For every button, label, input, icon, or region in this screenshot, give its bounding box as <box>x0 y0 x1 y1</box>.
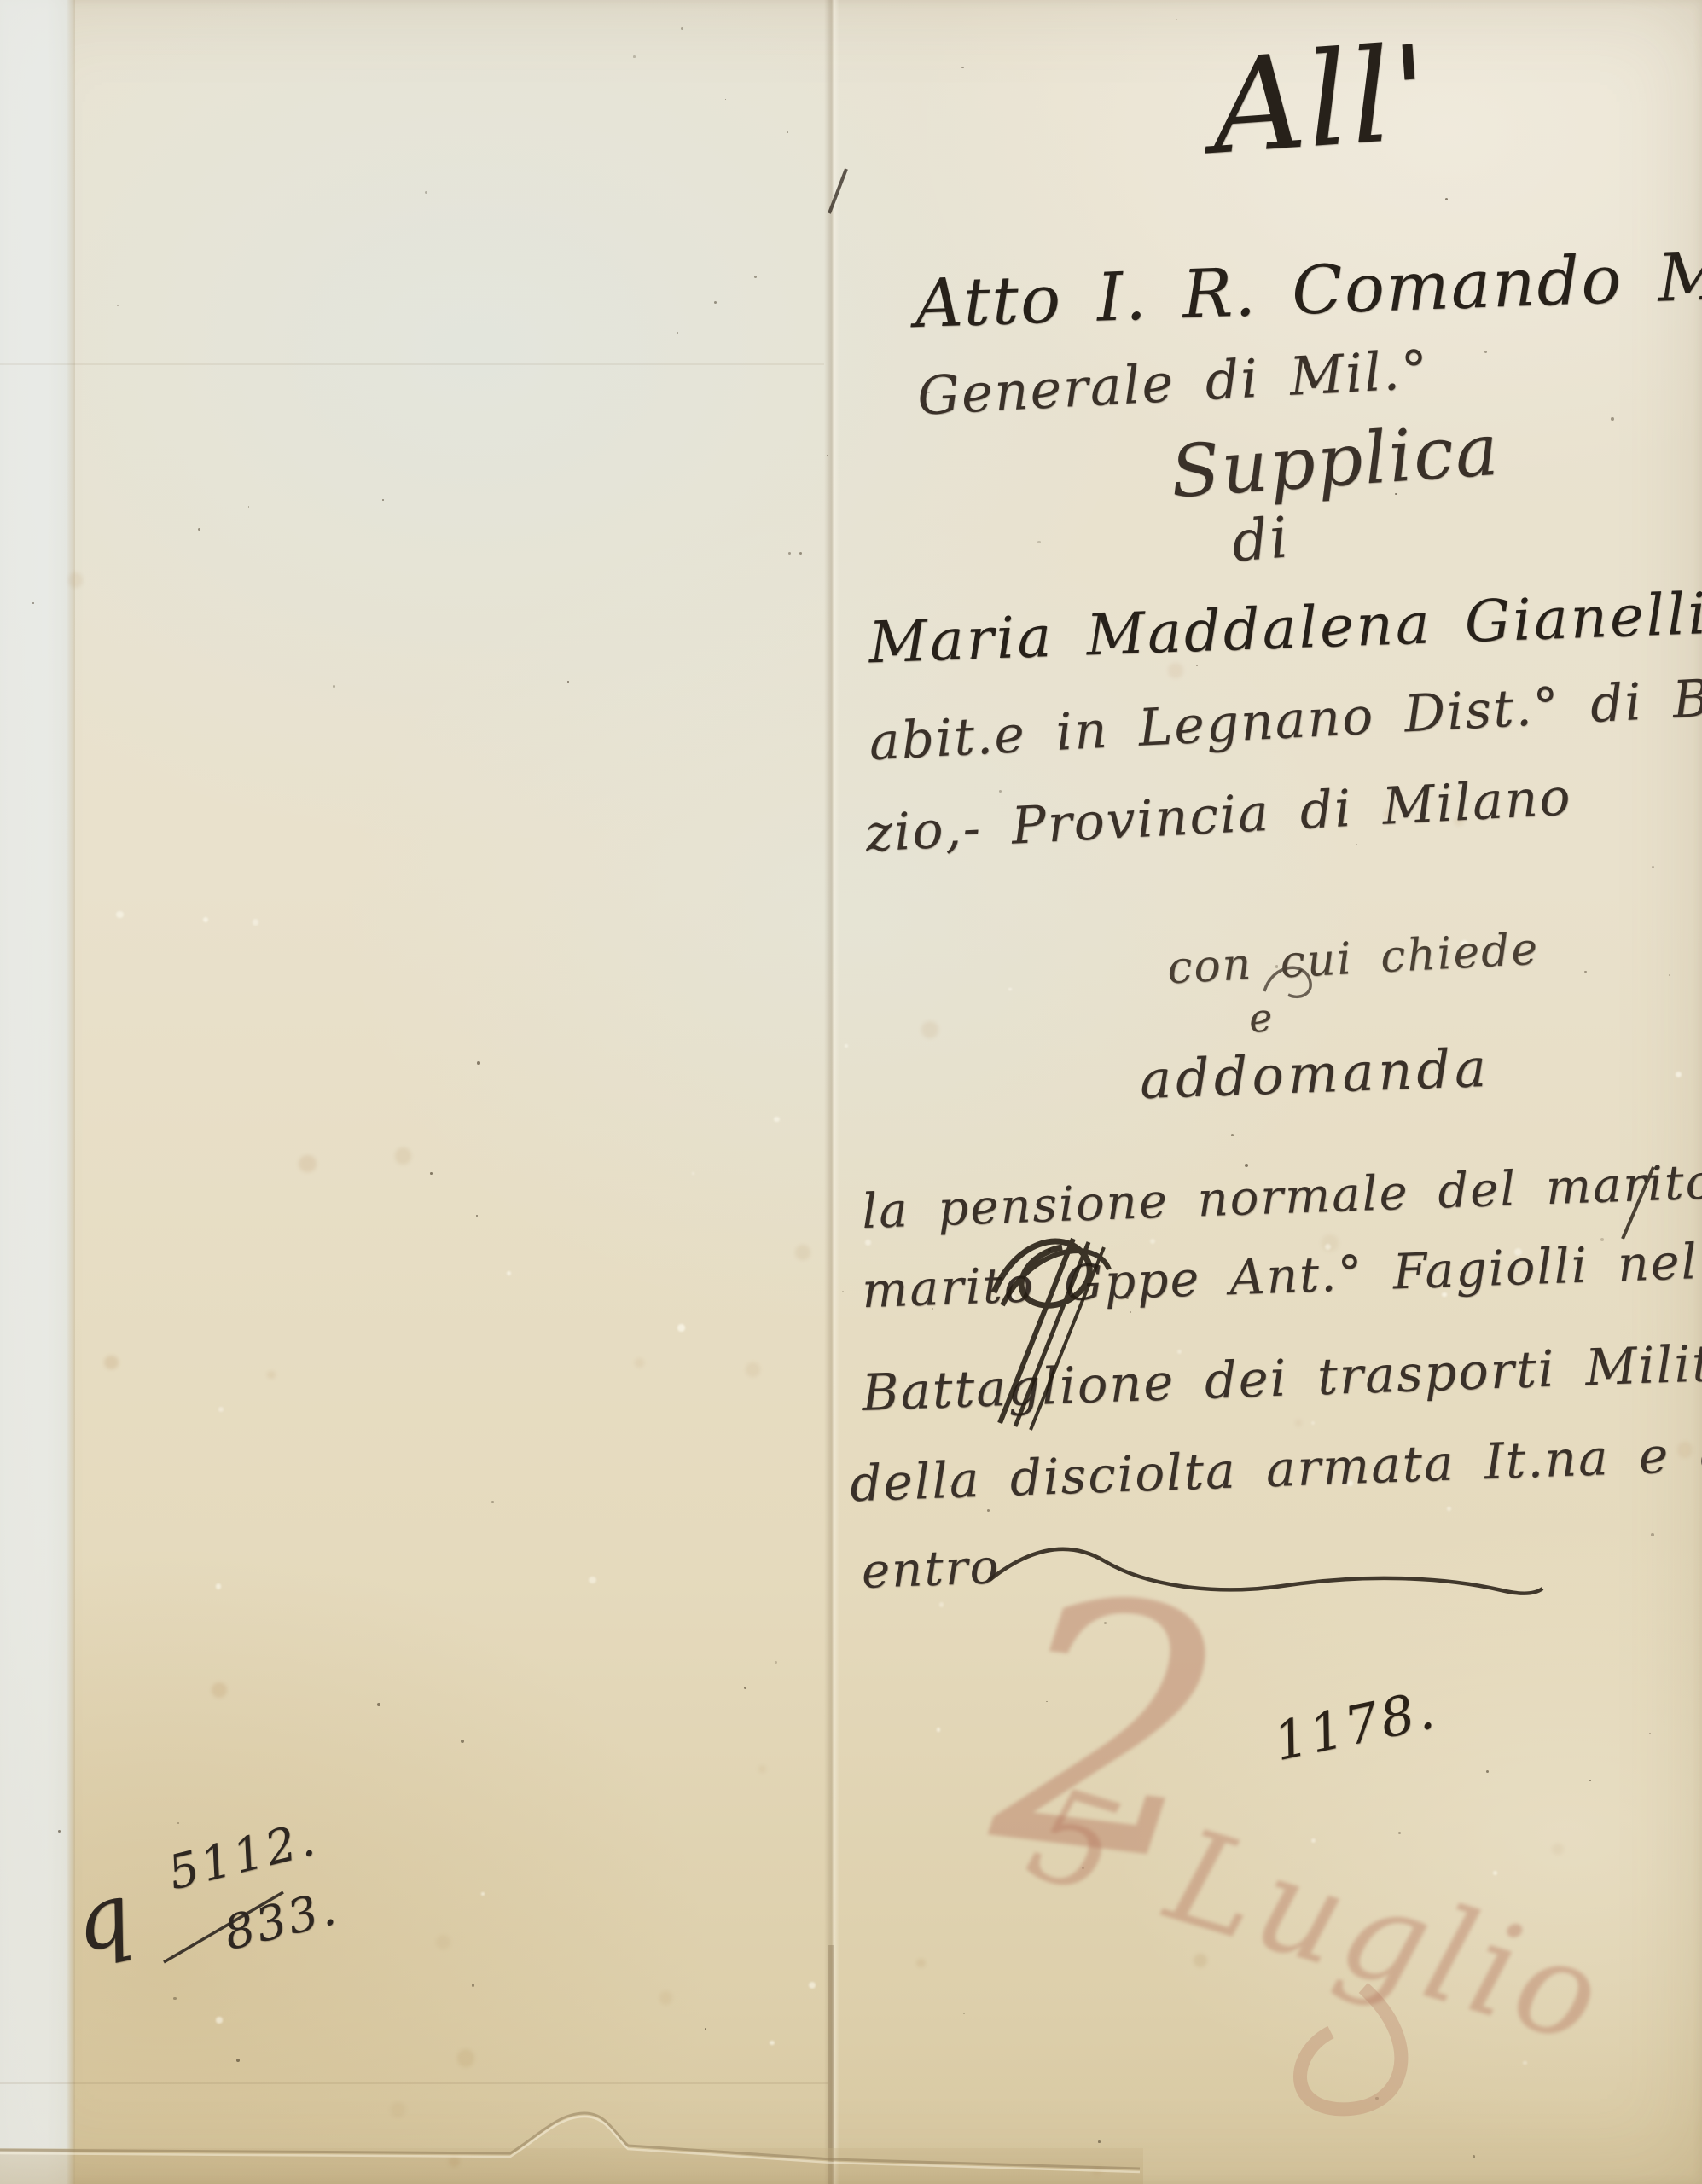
red-date-flourish <box>1300 1988 1401 2109</box>
registry-fraction-line <box>164 1892 283 1962</box>
stray-ink-stroke <box>829 169 846 213</box>
conjunction-curl <box>1264 967 1310 996</box>
manuscript-page: All' Atto I. R. Comando Militar Generale… <box>0 0 1702 2184</box>
struck-word-scribble <box>994 1239 1109 1430</box>
correction-slash <box>1623 1167 1653 1239</box>
bottom-tear-line <box>0 2113 1140 2169</box>
ink-flourishes <box>0 0 1702 2184</box>
entro-flourish-stroke <box>990 1549 1542 1594</box>
